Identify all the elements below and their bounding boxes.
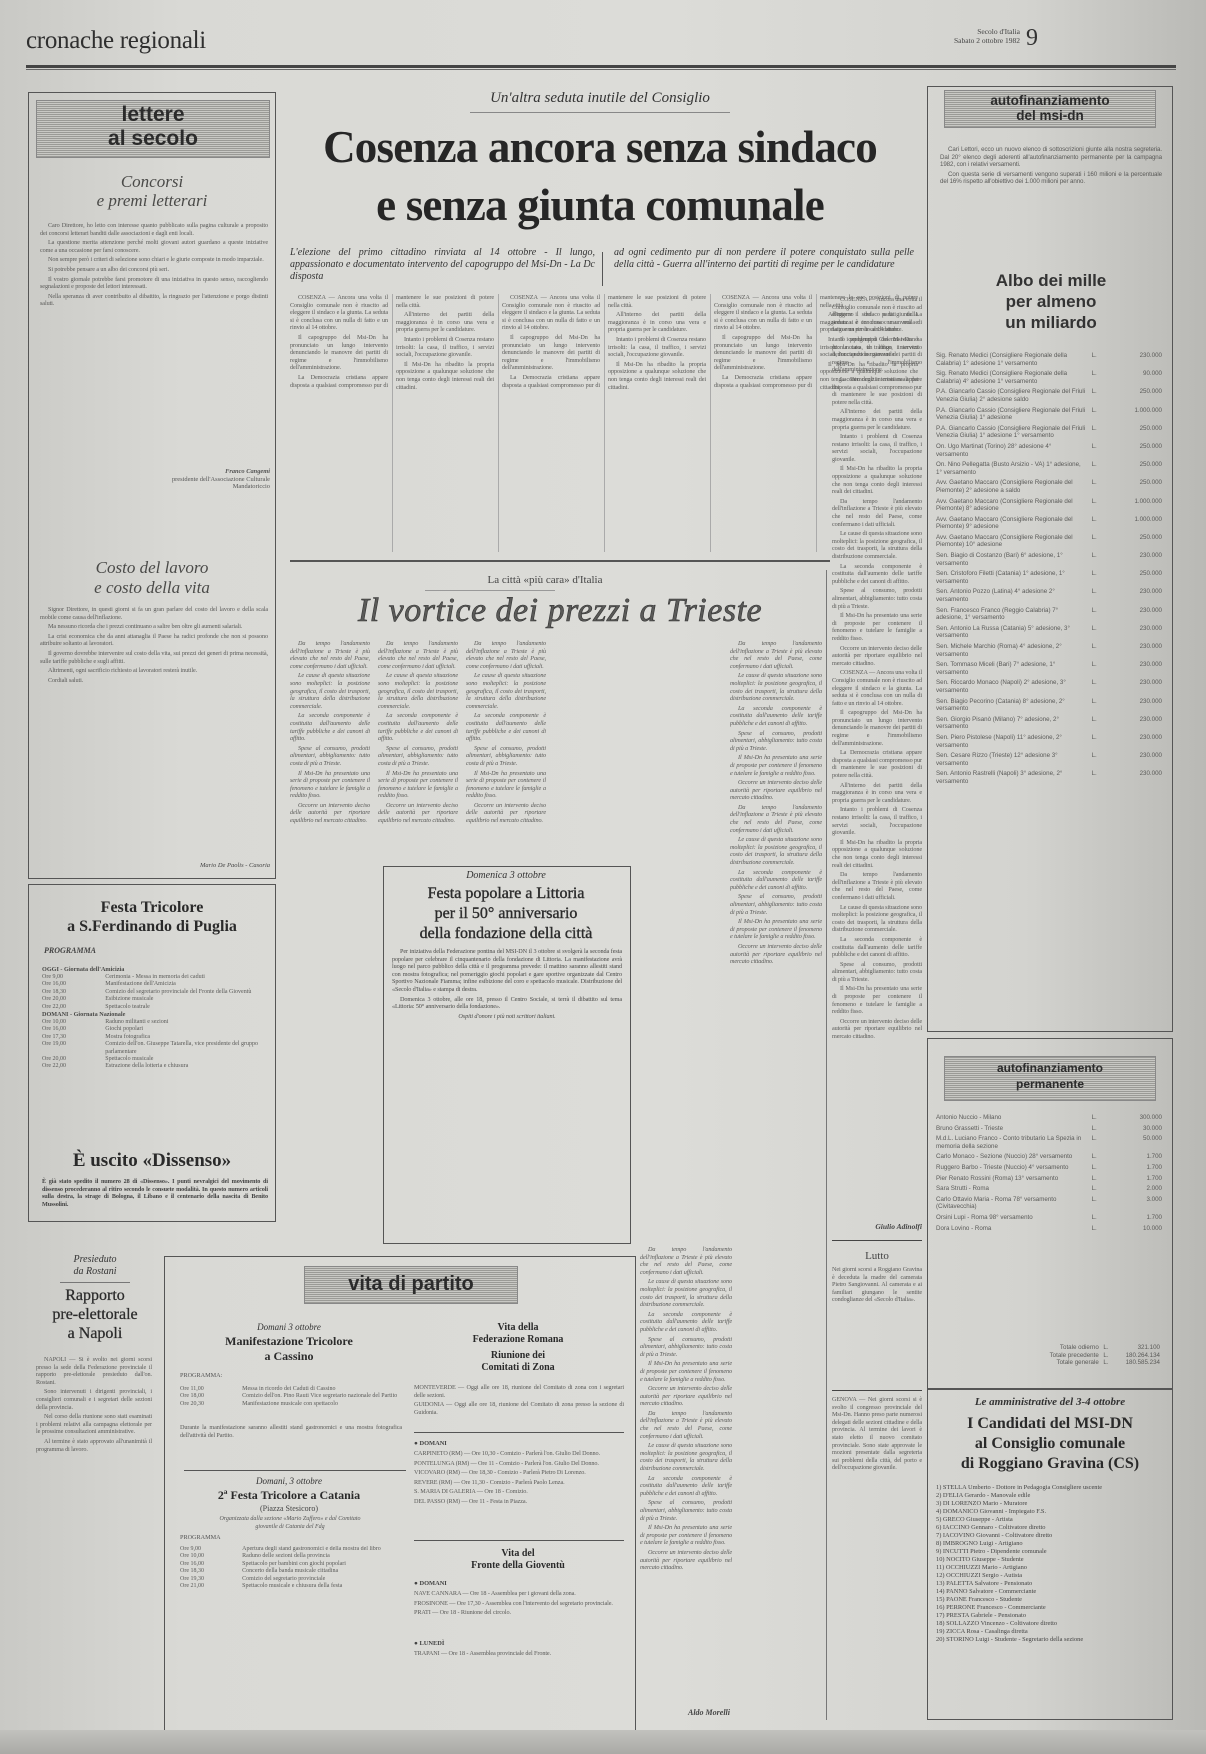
program-time: Ore 20,00 (42, 996, 105, 1003)
candidate-item: 12) OCCHIUZZI Sergio - Autista (936, 1572, 1164, 1580)
ledger-name: Avv. Gaetano Maccaro (Consigliere Region… (936, 516, 1085, 531)
paragraph: Spese al consumo, prodotti alimentari, a… (730, 730, 822, 753)
ledger-currency: L. (1085, 443, 1103, 458)
program-row: Ore 22,00Spettacolo teatrale (42, 1004, 268, 1011)
ledger-currency: L. (1085, 1153, 1103, 1161)
letter2-body: Signor Direttore, in questi giorni si fa… (40, 606, 268, 856)
ledger-amount: 230.000 (1103, 607, 1162, 622)
ledger-amount: 230.000 (1103, 752, 1162, 767)
paragraph: Occorre un intervento deciso delle autor… (466, 802, 546, 825)
program-row: Ore 20,00Spettacolo musicale (42, 1056, 268, 1063)
ledger-amount: 230.000 (1103, 588, 1162, 603)
program-desc: Comizio dell'on. Giuseppe Tatarella, vic… (105, 1041, 268, 1056)
ledger-name: Sen. Antonio Rastrelli (Napoli) 3° adesi… (936, 770, 1085, 785)
cosenza-kicker: Un'altra seduta inutile del Consiglio (290, 90, 910, 107)
ledger-row: Sen. Giorgio Pisanò (Milano) 7° adesione… (936, 716, 1162, 731)
ledger-currency: L. (1085, 552, 1103, 567)
program-row: Ore 18,30Comizio del segretario provinci… (42, 989, 268, 996)
program-desc: Comizio dell'on. Pino Rauti Vice segreta… (242, 1393, 402, 1400)
ledger-row: P.A. Giancarlo Cassio (Consigliere Regio… (936, 407, 1162, 422)
ledger-amount: 230.000 (1103, 552, 1162, 567)
cassino-note: Durante la manifestazione saranno allest… (180, 1424, 402, 1439)
vita-partito-banner: vita di partito (304, 1266, 518, 1304)
ledger-amount: 1.700 (1103, 1175, 1162, 1183)
ledger-currency: L. (1085, 1164, 1103, 1172)
rapporto-kicker: Presieduto (40, 1254, 150, 1266)
program-time: Ore 22,00 (42, 1004, 105, 1011)
total-row: Totale precedenteL.180.264.134 (980, 1352, 1160, 1360)
cassino-program: Ore 11,00Messa in ricordo dei Caduti di … (180, 1386, 402, 1408)
ledger-currency: L. (1085, 1175, 1103, 1183)
ledger-row: Dora Lovino - RomaL.10.000 (936, 1225, 1162, 1233)
ledger-name: Sen. Piero Pistolese (Napoli) 11° adesio… (936, 734, 1085, 749)
program-time: Ore 10,00 (42, 1019, 105, 1026)
ledger-amount: 1.000.000 (1103, 516, 1162, 531)
paragraph: Le cause di questa situazione sono molte… (290, 672, 370, 710)
paragraph: Spese al consumo, prodotti alimentari, a… (730, 893, 822, 916)
lutto-body: Nei giorni scorsi a Roggiano Gravina è d… (832, 1266, 922, 1304)
paragraph: Occorre un intervento deciso delle autor… (640, 1549, 732, 1572)
ledger-row: P.A. Giancarlo Cassio (Consigliere Regio… (936, 388, 1162, 403)
paragraph: Da tempo l'andamento dell'inflazione a T… (730, 804, 822, 834)
ledger-row: Ruggero Barbo - Trieste (Nuccio) 4° vers… (936, 1164, 1162, 1172)
cassino-title: Manifestazione Tricolore (176, 1334, 402, 1349)
paragraph: Le cause di questa situazione sono molte… (640, 1442, 732, 1472)
ledger-row: Sen. Antonio Rastrelli (Napoli) 3° adesi… (936, 770, 1162, 785)
ledger-amount: 2.000 (1103, 1185, 1162, 1193)
ledger-row: Sig. Renato Medici (Consigliere Regional… (936, 370, 1162, 385)
ledger-amount: 230.000 (1103, 352, 1162, 367)
ledger-currency: L. (1085, 498, 1103, 513)
program-desc: Comizio del segretario provinciale (242, 1576, 402, 1583)
ledger-name: Sen. Cristoforo Filetti (Catania) 1° ade… (936, 570, 1085, 585)
paragraph: Occorre un intervento deciso delle autor… (730, 779, 822, 802)
issue-date: Sabato 2 ottobre 1982 (930, 36, 1020, 45)
ledger-name: Sara Strutti - Roma (936, 1185, 1085, 1193)
rapporto-headline: Rapporto (36, 1286, 154, 1305)
paragraph: Da tempo l'andamento dell'inflazione a T… (640, 1410, 732, 1440)
program-time: Ore 20,30 (180, 1401, 242, 1408)
program-desc: Spettacolo teatrale (105, 1004, 268, 1011)
paper-name: Secolo d'Italia (930, 27, 1020, 36)
paragraph: COSENZA — Ancora una volta il Consiglio … (290, 294, 388, 332)
paragraph: La seconda componente è costituita dall'… (640, 1475, 732, 1498)
ledger-name: Avv. Gaetano Maccaro (Consigliere Region… (936, 534, 1085, 549)
ledger-name: Sig. Renato Medici (Consigliere Regional… (936, 352, 1085, 367)
ledger-row: Sen. Biagio di Costanzo (Bari) 6° adesio… (936, 552, 1162, 567)
ledger-name: Antonio Nuccio - Milano (936, 1114, 1085, 1122)
federazione-list: MONTEVERDE — Oggi alle ore 18, riunione … (414, 1384, 624, 1418)
candidate-item: 13) PALETTA Salvatore - Pensionato (936, 1580, 1164, 1588)
ledger-name: Carlo Ottavio Maria - Roma 78° versament… (936, 1196, 1085, 1211)
ledger-row: Avv. Gaetano Maccaro (Consigliere Region… (936, 479, 1162, 494)
event-item: TRAPANI — Ore 18 - Assemblea provinciale… (414, 1650, 624, 1658)
ledger-currency: L. (1085, 534, 1103, 549)
ledger-amount: 1.700 (1103, 1164, 1162, 1172)
section-title: cronache regionali (26, 27, 206, 55)
paragraph: Le cause di questa situazione sono molte… (832, 530, 922, 560)
littoria-body: Per iniziativa della Federazione pontina… (392, 948, 622, 1022)
paragraph: Da tempo l'andamento dell'inflazione a T… (832, 498, 922, 528)
ledger-name: Avv. Gaetano Maccaro (Consigliere Region… (936, 498, 1085, 513)
ledger-row: Sen. Tommaso Miceli (Bari) 7° adesione, … (936, 661, 1162, 676)
program-time: Ore 17,30 (42, 1034, 105, 1041)
ledger-row: Sen. Cristoforo Filetti (Catania) 1° ade… (936, 570, 1162, 585)
ledger-amount: 250.000 (1103, 388, 1162, 403)
letter2-signature: Mario De Paolis - Casoria (130, 862, 270, 869)
ledger-name: M.d.L. Luciano Franco - Conto tributario… (936, 1135, 1085, 1150)
albo-title: Albo dei mille (940, 270, 1162, 291)
ledger-currency: L. (1085, 679, 1103, 694)
paragraph: Il Msi-Dn ha ribadito la propria opposiz… (832, 839, 922, 869)
program-time: Ore 18,30 (180, 1568, 242, 1575)
candidate-item: 8) IMBROGNO Luigi - Artigiano (936, 1540, 1164, 1548)
ledger-currency: L. (1085, 588, 1103, 603)
ledger-amount: 90.000 (1103, 370, 1162, 385)
letter1-title: Concorsi (36, 172, 268, 191)
total-row: Totale generaleL.180.585.234 (980, 1359, 1160, 1367)
program-time: Ore 16,00 (42, 981, 105, 988)
ledger-currency: L. (1085, 407, 1103, 422)
total-row: Totale odiernoL.321.100 (980, 1344, 1160, 1352)
paragraph: COSENZA — Ancora una volta il Consiglio … (832, 296, 922, 334)
ledger-name: Dora Lovino - Roma (936, 1225, 1085, 1233)
program-row: Ore 16,00Spettacolo per bambini con gioc… (180, 1561, 402, 1568)
catania-program: Ore 9,00Apertura degli stand gastronomic… (180, 1546, 402, 1722)
program-time: Ore 18,00 (180, 1393, 242, 1400)
candidate-item: 14) PANNO Salvatore - Commerciante (936, 1588, 1164, 1596)
paragraph: La seconda componente è costituita dall'… (832, 563, 922, 586)
program-time: Ore 19,30 (180, 1576, 242, 1583)
program-row: Ore 18,30Concerto della banda musicale c… (180, 1568, 402, 1575)
ledger-row: Avv. Gaetano Maccaro (Consigliere Region… (936, 534, 1162, 549)
lunedi-list: TRAPANI — Ore 18 - Assemblea provinciale… (414, 1650, 624, 1660)
ledger-row: Sara Strutti - RomaL.2.000 (936, 1185, 1162, 1193)
paragraph: Le cause di questa situazione sono molte… (730, 836, 822, 866)
paragraph: La seconda componente è costituita dall'… (730, 869, 822, 892)
ledger-row: P.A. Giancarlo Cassio (Consigliere Regio… (936, 425, 1162, 440)
paragraph: All'interno dei partiti della maggioranz… (832, 408, 922, 431)
program-time: Ore 9,00 (180, 1546, 242, 1553)
paragraph: Spese al consumo, prodotti alimentari, a… (290, 745, 370, 768)
permanente-list: Antonio Nuccio - MilanoL.300.000Bruno Gr… (936, 1114, 1162, 1235)
ledger-row: Carlo Ottavio Maria - Roma 78° versament… (936, 1196, 1162, 1211)
program-desc: Raduno delle sezioni della provincia (242, 1553, 402, 1560)
festa-program-label: PROGRAMMA (44, 946, 96, 955)
ledger-currency: L. (1085, 698, 1103, 713)
lutto-title: Lutto (832, 1250, 922, 1262)
event-item: S. MARIA DI GALERIA — Ore 18 - Comizio. (414, 1488, 624, 1496)
festa-program: OGGI - Giornata dell'Amicizia Ore 9,00Ce… (42, 966, 268, 1071)
paragraph: Il Msi-Dn ha ribadito la propria opposiz… (832, 465, 922, 495)
trieste-headline: Il vortice dei prezzi a Trieste (290, 592, 830, 630)
program-desc: Mostra fotografica (105, 1034, 268, 1041)
paragraph: COSENZA — Ancora una volta il Consiglio … (714, 294, 812, 332)
ledger-name: Sen. Francesco Franco (Reggio Calabria) … (936, 607, 1085, 622)
ledger-amount: 230.000 (1103, 734, 1162, 749)
candidate-item: 10) NOCITO Giuseppe - Studente (936, 1556, 1164, 1564)
ledger-row: Avv. Gaetano Maccaro (Consigliere Region… (936, 498, 1162, 513)
paragraph: Il Msi-Dn ha presentato una serie di pro… (466, 770, 546, 800)
event-item: NAVE CANNARA — Ore 18 - Assemblea per i … (414, 1590, 624, 1598)
program-row: Ore 19,00Comizio dell'on. Giuseppe Tatar… (42, 1041, 268, 1056)
program-time: Ore 9,00 (42, 974, 105, 981)
program-desc: Manifestazione musicale con spettacolo (242, 1401, 402, 1408)
paragraph: Spese al consumo, prodotti alimentari, a… (832, 961, 922, 984)
ledger-currency: L. (1085, 1125, 1103, 1133)
albo-list: Sig. Renato Medici (Consigliere Regional… (936, 352, 1162, 1022)
paragraph: La seconda componente è costituita dall'… (290, 712, 370, 742)
ledger-name: Sen. Biagio Pecorino (Catania) 8° adesio… (936, 698, 1085, 713)
ledger-row: Sen. Michele Marchio (Roma) 4° adesione,… (936, 643, 1162, 658)
program-time: Ore 21,00 (180, 1583, 242, 1590)
ledger-name: Sen. Antonio La Russa (Catania) 5° adesi… (936, 625, 1085, 640)
paragraph: La seconda componente è costituita dall'… (640, 1311, 732, 1334)
ledger-row: Antonio Nuccio - MilanoL.300.000 (936, 1114, 1162, 1122)
ledger-currency: L. (1085, 516, 1103, 531)
ledger-currency: L. (1085, 1196, 1103, 1211)
ledger-currency: L. (1085, 770, 1103, 785)
ledger-amount: 230.000 (1103, 643, 1162, 658)
paragraph: La seconda componente è costituita dall'… (730, 705, 822, 728)
paragraph: Le cause di questa situazione sono molte… (466, 672, 546, 710)
paragraph: Da tempo l'andamento dell'inflazione a T… (466, 640, 546, 670)
program-row: Ore 10,00Raduno militanti e sezioni (42, 1019, 268, 1026)
ledger-name: On. Nino Pellegatta (Busto Arsizio - VA)… (936, 461, 1085, 476)
paragraph: Intanto i problemi di Cosenza restano ir… (832, 433, 922, 463)
masthead-rule (26, 65, 1176, 68)
candidate-item: 11) OCCHIUZZI Mario - Artigiano (936, 1564, 1164, 1572)
paragraph: Occorre un intervento deciso delle autor… (640, 1385, 732, 1408)
trieste-signature: Aldo Morelli (640, 1708, 730, 1717)
paragraph: Occorre un intervento deciso delle autor… (378, 802, 458, 825)
ledger-name: P.A. Giancarlo Cassio (Consigliere Regio… (936, 388, 1085, 403)
paragraph: Il Msi-Dn ha presentato una serie di pro… (378, 770, 458, 800)
paragraph: Il Msi-Dn ha presentato una serie di pro… (832, 985, 922, 1015)
program-desc: Messa in ricordo dei Caduti di Cassino (242, 1386, 402, 1393)
masthead-rule-thin (26, 69, 1176, 70)
ledger-row: On. Ugo Martinat (Torino) 28° adesione 4… (936, 443, 1162, 458)
ledger-currency: L. (1085, 1185, 1103, 1193)
paragraph: Il Msi-Dn ha ribadito la propria opposiz… (396, 361, 494, 391)
candidate-item: 9) INCUTTI Pietro - Dipendente comunale (936, 1548, 1164, 1556)
right-mid-column: COSENZA — Ancora una volta il Consiglio … (832, 296, 922, 1196)
ledger-amount: 230.000 (1103, 770, 1162, 785)
genova-body: GENOVA — Nei giorni scorsi si è svolto i… (832, 1396, 922, 1696)
total-label: Totale precedente (980, 1352, 1099, 1360)
ledger-amount: 250.000 (1103, 425, 1162, 440)
paragraph: Le cause di questa situazione sono molte… (378, 672, 458, 710)
paragraph: Il capogruppo del Msi-Dn ha pronunciato … (832, 336, 922, 374)
ledger-amount: 1.700 (1103, 1153, 1162, 1161)
program-desc: Spettacolo musicale (105, 1056, 268, 1063)
ledger-currency: L. (1085, 388, 1103, 403)
paragraph: COSENZA — Ancora una volta il Consiglio … (502, 294, 600, 332)
ledger-name: Ruggero Barbo - Trieste (Nuccio) 4° vers… (936, 1164, 1085, 1172)
paragraph: Spese al consumo, prodotti alimentari, a… (466, 745, 546, 768)
paragraph: All'interno dei partiti della maggioranz… (608, 311, 706, 334)
ledger-currency: L. (1085, 479, 1103, 494)
program-row: Ore 19,30Comizio del segretario provinci… (180, 1576, 402, 1583)
ledger-name: Bruno Grassetti - Trieste (936, 1125, 1085, 1133)
paragraph: Intanto i problemi di Cosenza restano ir… (396, 336, 494, 359)
ledger-row: Sen. Piero Pistolese (Napoli) 11° adesio… (936, 734, 1162, 749)
ledger-row: Bruno Grassetti - TriesteL.30.000 (936, 1125, 1162, 1133)
autofin-banner: autofinanziamento del msi-dn (944, 90, 1156, 128)
candidate-item: 5) GRECO Giuseppe - Artista (936, 1516, 1164, 1524)
paragraph: Da tempo l'andamento dell'inflazione a T… (640, 1246, 732, 1276)
event-item: PRATI — Ore 18 - Riunione del circolo. (414, 1609, 624, 1617)
paragraph: Il capogruppo del Msi-Dn ha pronunciato … (832, 709, 922, 747)
trieste-kicker: La città «più cara» d'Italia (420, 574, 670, 586)
page-number: 9 (1026, 25, 1038, 52)
autofin-intro: Cari Lettori, ecco un nuovo elenco di so… (940, 146, 1162, 188)
program-desc: Spettacolo per bambini con giochi popola… (242, 1561, 402, 1568)
candidate-item: 18) SOLLAZZO Vincenzo - Coltivatore dire… (936, 1620, 1164, 1628)
ledger-currency: L. (1085, 607, 1103, 622)
ledger-name: Sen. Riccardo Monaco (Napoli) 2° adesion… (936, 679, 1085, 694)
ledger-amount: 1.000.000 (1103, 498, 1162, 513)
program-row: Ore 10,00Raduno delle sezioni della prov… (180, 1553, 402, 1560)
ledger-name: Sen. Tommaso Miceli (Bari) 7° adesione, … (936, 661, 1085, 676)
candidate-item: 7) IACOVINO Giovanni - Coltivatore diret… (936, 1532, 1164, 1540)
paragraph: Da tempo l'andamento dell'inflazione a T… (290, 640, 370, 670)
paragraph: Il Msi-Dn ha presentato una serie di pro… (290, 770, 370, 800)
candidati-list: 1) STELLA Umberto - Dottore in Pedagogia… (936, 1484, 1164, 1644)
ledger-row: Carlo Monaco - Sezione (Nuccio) 28° vers… (936, 1153, 1162, 1161)
paragraph: Il Msi-Dn ha presentato una serie di pro… (730, 918, 822, 941)
candidate-item: 2) D'ELIA Gerardo - Manovale edile (936, 1492, 1164, 1500)
paragraph: Il Msi-Dn ha presentato una serie di pro… (832, 612, 922, 642)
ledger-row: Orsini Lupi - Roma 98° versamentoL.1.700 (936, 1214, 1162, 1222)
ledger-name: Sen. Michele Marchio (Roma) 4° adesione,… (936, 643, 1085, 658)
ledger-amount: 230.000 (1103, 625, 1162, 640)
candidate-item: 4) DOMANICO Giovanni - Impiegato F.S. (936, 1508, 1164, 1516)
program-time: Ore 11,00 (180, 1386, 242, 1393)
paragraph: Da tempo l'andamento dell'inflazione a T… (730, 640, 822, 670)
ledger-name: P.A. Giancarlo Cassio (Consigliere Regio… (936, 425, 1085, 440)
paragraph: Spese al consumo, prodotti alimentari, a… (640, 1499, 732, 1522)
candidate-item: 19) ZICCA Rosa - Casalinga diretta (936, 1628, 1164, 1636)
program-time: Ore 20,00 (42, 1056, 105, 1063)
event-item: CARPINETO (RM) — Ore 10,30 - Comizio - P… (414, 1450, 624, 1458)
ledger-amount: 250.000 (1103, 534, 1162, 549)
ledger-name: Sig. Renato Medici (Consigliere Regional… (936, 370, 1085, 385)
paragraph: Il Msi-Dn ha presentato una serie di pro… (730, 754, 822, 777)
cosenza-headline: Cosenza ancora senza sindaco (290, 118, 910, 176)
ledger-amount: 250.000 (1103, 479, 1162, 494)
paragraph: Da tempo l'andamento dell'inflazione a T… (832, 871, 922, 901)
total-currency: L. (1099, 1359, 1113, 1367)
paragraph: Le cause di questa situazione sono molte… (832, 904, 922, 934)
program-desc: Spettacolo musicale e chiusura della fes… (242, 1583, 402, 1590)
ledger-currency: L. (1085, 1135, 1103, 1150)
trieste-body-far: Da tempo l'andamento dell'inflazione a T… (640, 1246, 732, 1716)
program-row: Ore 20,30Manifestazione musicale con spe… (180, 1401, 402, 1408)
candidate-item: 3) DI LORENZO Mario - Muratore (936, 1500, 1164, 1508)
ledger-currency: L. (1085, 625, 1103, 640)
program-time: Ore 19,00 (42, 1041, 105, 1056)
paragraph: Occorre un intervento deciso delle autor… (730, 943, 822, 966)
total-amount: 321.100 (1113, 1344, 1160, 1352)
paragraph: Le cause di questa situazione sono molte… (640, 1278, 732, 1308)
ledger-currency: L. (1085, 352, 1103, 367)
total-amount: 180.585.234 (1113, 1359, 1160, 1367)
ledger-name: Avv. Gaetano Maccaro (Consigliere Region… (936, 479, 1085, 494)
ledger-row: Sen. Francesco Franco (Reggio Calabria) … (936, 607, 1162, 622)
program-row: Ore 16,00Manifestazione dell'Amicizia (42, 981, 268, 988)
candidate-item: 15) PAONE Francesco - Studente (936, 1596, 1164, 1604)
ledger-currency: L. (1085, 716, 1103, 731)
paragraph: La Democrazia cristiana appare disposta … (832, 749, 922, 779)
ledger-currency: L. (1085, 734, 1103, 749)
program-time: Ore 16,00 (42, 1026, 105, 1033)
paragraph: All'interno dei partiti della maggioranz… (396, 311, 494, 334)
program-desc: Comizio del segretario provinciale del F… (105, 989, 268, 996)
paragraph: Spese al consumo, prodotti alimentari, a… (378, 745, 458, 768)
ledger-currency: L. (1085, 370, 1103, 385)
ledger-row: Avv. Gaetano Maccaro (Consigliere Region… (936, 516, 1162, 531)
paragraph: Spese al consumo, prodotti alimentari, a… (640, 1336, 732, 1359)
ledger-amount: 30.000 (1103, 1125, 1162, 1133)
total-currency: L. (1099, 1352, 1113, 1360)
ledger-name: P.A. Giancarlo Cassio (Consigliere Regio… (936, 407, 1085, 422)
ledger-row: Sen. Cesare Rizzo (Trieste) 12° adesione… (936, 752, 1162, 767)
fronte-title: Vita del (410, 1548, 626, 1560)
ledger-row: Pier Renato Rossini (Roma) 13° versament… (936, 1175, 1162, 1183)
ledger-amount: 1.700 (1103, 1214, 1162, 1222)
ledger-currency: L. (1085, 752, 1103, 767)
letter1-signature: Franco Cangemi (130, 468, 270, 476)
ledger-name: Orsini Lupi - Roma 98° versamento (936, 1214, 1085, 1222)
program-desc: Esibizione musicale (105, 996, 268, 1003)
paragraph: Occorre un intervento deciso delle autor… (832, 645, 922, 668)
program-desc: Estrazione della lotteria e chiusura (105, 1063, 268, 1070)
program-time: Ore 10,00 (180, 1553, 242, 1560)
candidate-item: 16) PERRONE Francesco - Commerciante (936, 1604, 1164, 1612)
paragraph: All'interno dei partiti della maggioranz… (832, 782, 922, 805)
ledger-amount: 250.000 (1103, 570, 1162, 585)
littoria-kicker: Domenica 3 ottobre (386, 870, 626, 881)
ledger-name: Carlo Monaco - Sezione (Nuccio) 28° vers… (936, 1153, 1085, 1161)
paragraph: La seconda componente è costituita dall'… (832, 936, 922, 959)
program-row: Ore 17,30Mostra fotografica (42, 1034, 268, 1041)
paragraph: Intanto i problemi di Cosenza restano ir… (832, 806, 922, 836)
dissenso-title: È uscito «Dissenso» (34, 1150, 270, 1172)
candidate-item: 20) STORINO Luigi - Studente - Segretari… (936, 1636, 1164, 1644)
event-item: VICOVARO (RM) — Ore 18,30 - Comizio - Pa… (414, 1469, 624, 1477)
candidate-item: 17) PRESTA Gabriele - Pensionato (936, 1612, 1164, 1620)
paragraph: Da tempo l'andamento dell'inflazione a T… (378, 640, 458, 670)
event-item: PONTELUNGA (RM) — Ore 11 - Comizio - Par… (414, 1460, 624, 1468)
ledger-currency: L. (1085, 661, 1103, 676)
ledger-amount: 300.000 (1103, 1114, 1162, 1122)
ledger-name: Sen. Cesare Rizzo (Trieste) 12° adesione… (936, 752, 1085, 767)
paragraph: La seconda componente è costituita dall'… (466, 712, 546, 742)
rapporto-body: NAPOLI — Si è svolto nei giorni scorsi p… (36, 1356, 152, 1726)
cosenza-body: COSENZA — Ancora una volta il Consiglio … (290, 294, 918, 552)
ledger-amount: 230.000 (1103, 661, 1162, 676)
ledger-amount: 50.000 (1103, 1135, 1162, 1150)
trieste-body-right: Da tempo l'andamento dell'inflazione a T… (730, 640, 822, 1246)
newspaper-page: cronache regionali Secolo d'Italia Sabat… (0, 0, 1206, 1754)
program-time: Ore 22,00 (42, 1063, 105, 1070)
paragraph: Spese al consumo, prodotti alimentari, a… (832, 587, 922, 610)
program-desc: Manifestazione dell'Amicizia (105, 981, 268, 988)
candidati-kicker: Le amministrative del 3-4 ottobre (930, 1396, 1170, 1408)
paragraph: Il Msi-Dn ha presentato una serie di pro… (640, 1524, 732, 1547)
ledger-row: M.d.L. Luciano Franco - Conto tributario… (936, 1135, 1162, 1150)
